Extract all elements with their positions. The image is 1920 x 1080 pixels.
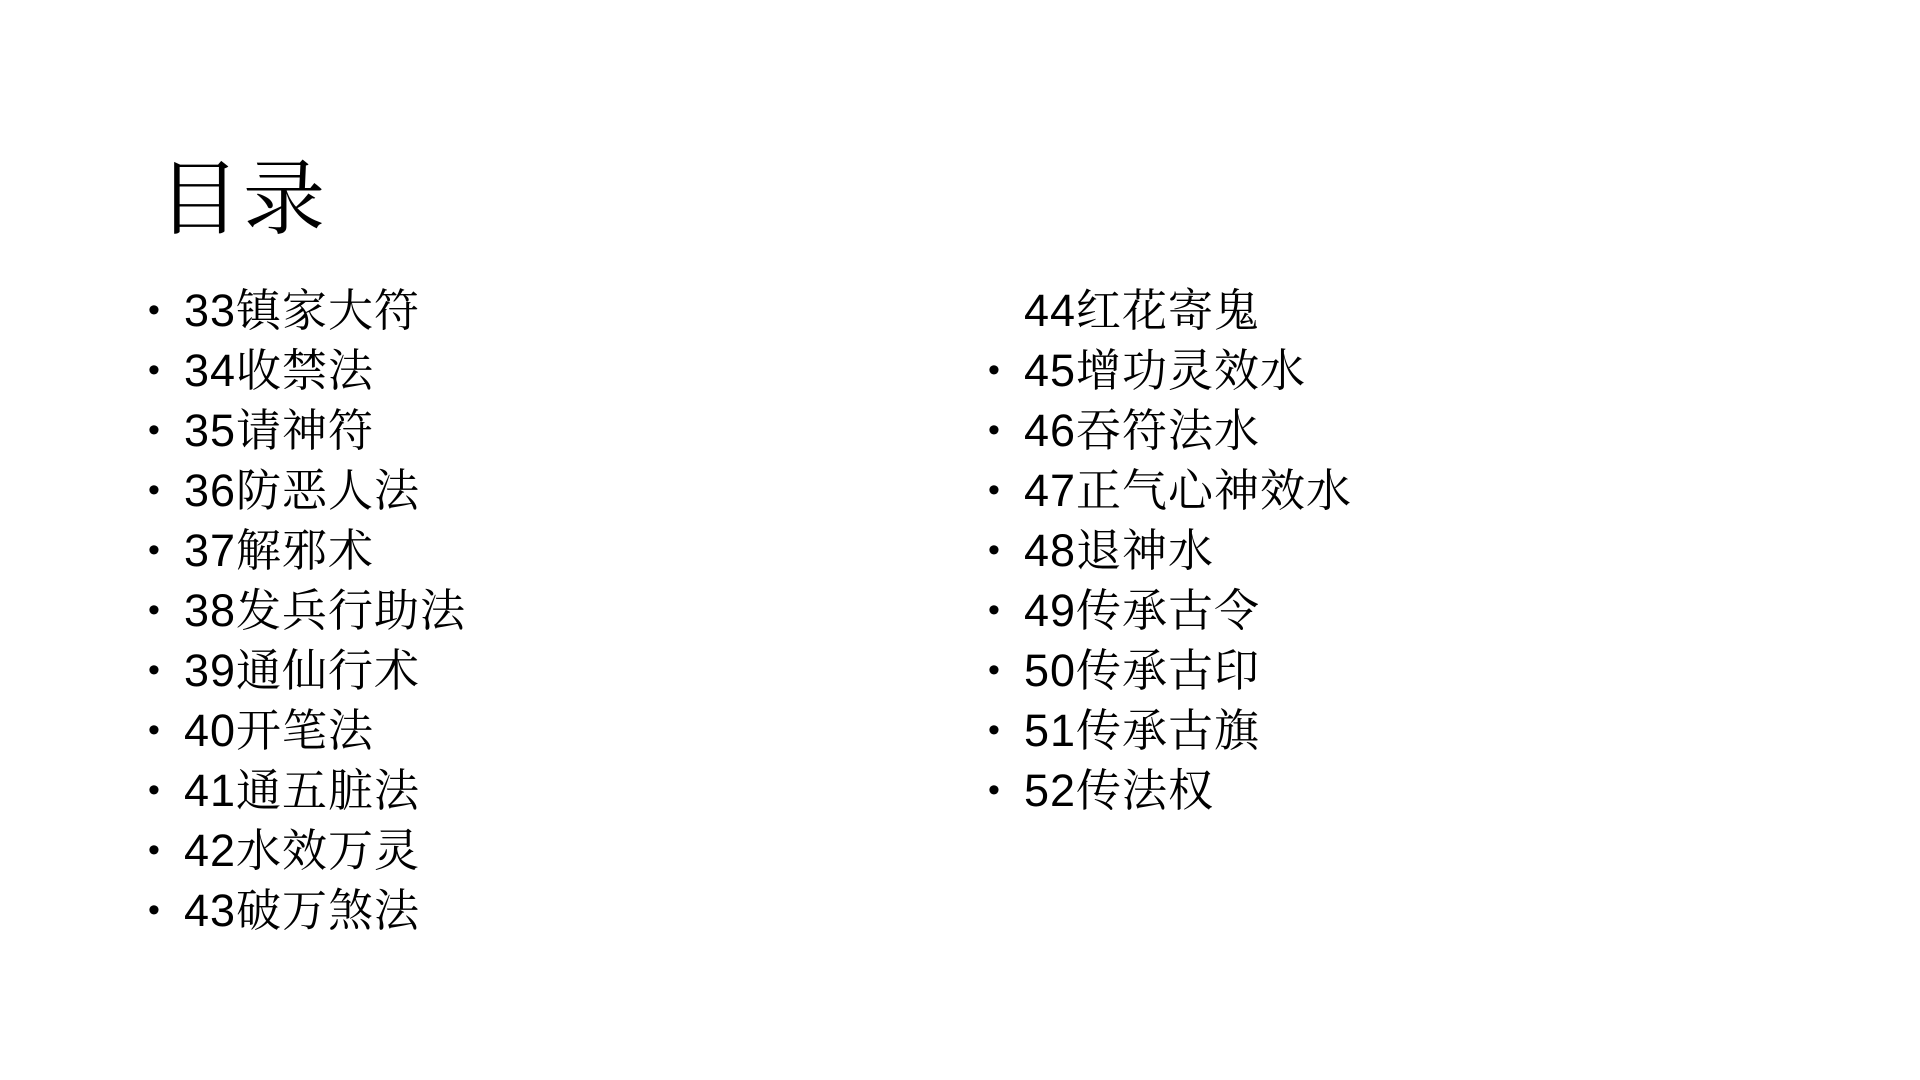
toc-item-label: 51传承古旗 — [1024, 708, 1260, 753]
toc-item: • 47正气心神效水 — [988, 460, 1352, 520]
toc-item-label: 47正气心神效水 — [1024, 468, 1352, 513]
toc-item: • 52传法权 — [988, 760, 1352, 820]
toc-item: • 51传承古旗 — [988, 700, 1352, 760]
toc-item-label: 52传法权 — [1024, 768, 1214, 813]
toc-item-label: 36防恶人法 — [184, 468, 420, 513]
toc-item-label: 39通仙行术 — [184, 648, 420, 693]
bullet-icon: • — [148, 713, 184, 747]
bullet-icon: • — [988, 353, 1024, 387]
bullet-icon: • — [148, 353, 184, 387]
bullet-icon: • — [148, 893, 184, 927]
bullet-icon: • — [148, 473, 184, 507]
toc-item: • 43破万煞法 — [148, 880, 466, 940]
toc-item: • 33镇家大符 — [148, 280, 466, 340]
bullet-icon: • — [148, 533, 184, 567]
toc-item: • 49传承古令 — [988, 580, 1352, 640]
bullet-icon: • — [988, 473, 1024, 507]
toc-item-label: 34收禁法 — [184, 348, 374, 393]
toc-item: • 46吞符法水 — [988, 400, 1352, 460]
toc-item-label: 42水效万灵 — [184, 828, 420, 873]
toc-item-label: 45增功灵效水 — [1024, 348, 1306, 393]
toc-item: • 50传承古印 — [988, 640, 1352, 700]
bullet-icon: • — [988, 653, 1024, 687]
bullet-icon: • — [988, 593, 1024, 627]
toc-item: • 34收禁法 — [148, 340, 466, 400]
toc-item-label: 44红花寄鬼 — [1024, 288, 1260, 333]
page-title: 目录 — [158, 151, 328, 249]
toc-item-label: 41通五脏法 — [184, 768, 420, 813]
bullet-icon: • — [988, 533, 1024, 567]
bullet-icon: • — [148, 773, 184, 807]
toc-item-label: 49传承古令 — [1024, 588, 1260, 633]
toc-item: • 35请神符 — [148, 400, 466, 460]
toc-item-label: 38发兵行助法 — [184, 588, 466, 633]
toc-item-label: 46吞符法水 — [1024, 408, 1260, 453]
toc-item: • 41通五脏法 — [148, 760, 466, 820]
toc-item-label: 48退神水 — [1024, 528, 1214, 573]
bullet-icon: • — [148, 833, 184, 867]
toc-item: • 40开笔法 — [148, 700, 466, 760]
bullet-icon: • — [988, 713, 1024, 747]
toc-item: • 45增功灵效水 — [988, 340, 1352, 400]
toc-right-column: 44红花寄鬼 • 45增功灵效水 • 46吞符法水 • 47正气心神效水 • 4… — [988, 280, 1352, 820]
bullet-icon: • — [148, 653, 184, 687]
toc-left-column: • 33镇家大符 • 34收禁法 • 35请神符 • 36防恶人法 • 37解邪… — [148, 280, 466, 940]
bullet-icon: • — [988, 413, 1024, 447]
bullet-icon: • — [988, 773, 1024, 807]
toc-item: • 42水效万灵 — [148, 820, 466, 880]
slide: 目录 • 33镇家大符 • 34收禁法 • 35请神符 • 36防恶人法 • 3… — [0, 0, 1920, 1080]
toc-item: • 48退神水 — [988, 520, 1352, 580]
toc-item: • 39通仙行术 — [148, 640, 466, 700]
toc-item-label: 40开笔法 — [184, 708, 374, 753]
toc-item-label: 35请神符 — [184, 408, 374, 453]
bullet-icon: • — [148, 293, 184, 327]
toc-item-label: 33镇家大符 — [184, 288, 420, 333]
bullet-icon: • — [148, 413, 184, 447]
toc-item-label: 43破万煞法 — [184, 888, 420, 933]
toc-item-label: 37解邪术 — [184, 528, 374, 573]
toc-item: • 37解邪术 — [148, 520, 466, 580]
toc-item: • 38发兵行助法 — [148, 580, 466, 640]
bullet-icon: • — [148, 593, 184, 627]
toc-item: • 36防恶人法 — [148, 460, 466, 520]
toc-item-label: 50传承古印 — [1024, 648, 1260, 693]
toc-item: 44红花寄鬼 — [988, 280, 1352, 340]
